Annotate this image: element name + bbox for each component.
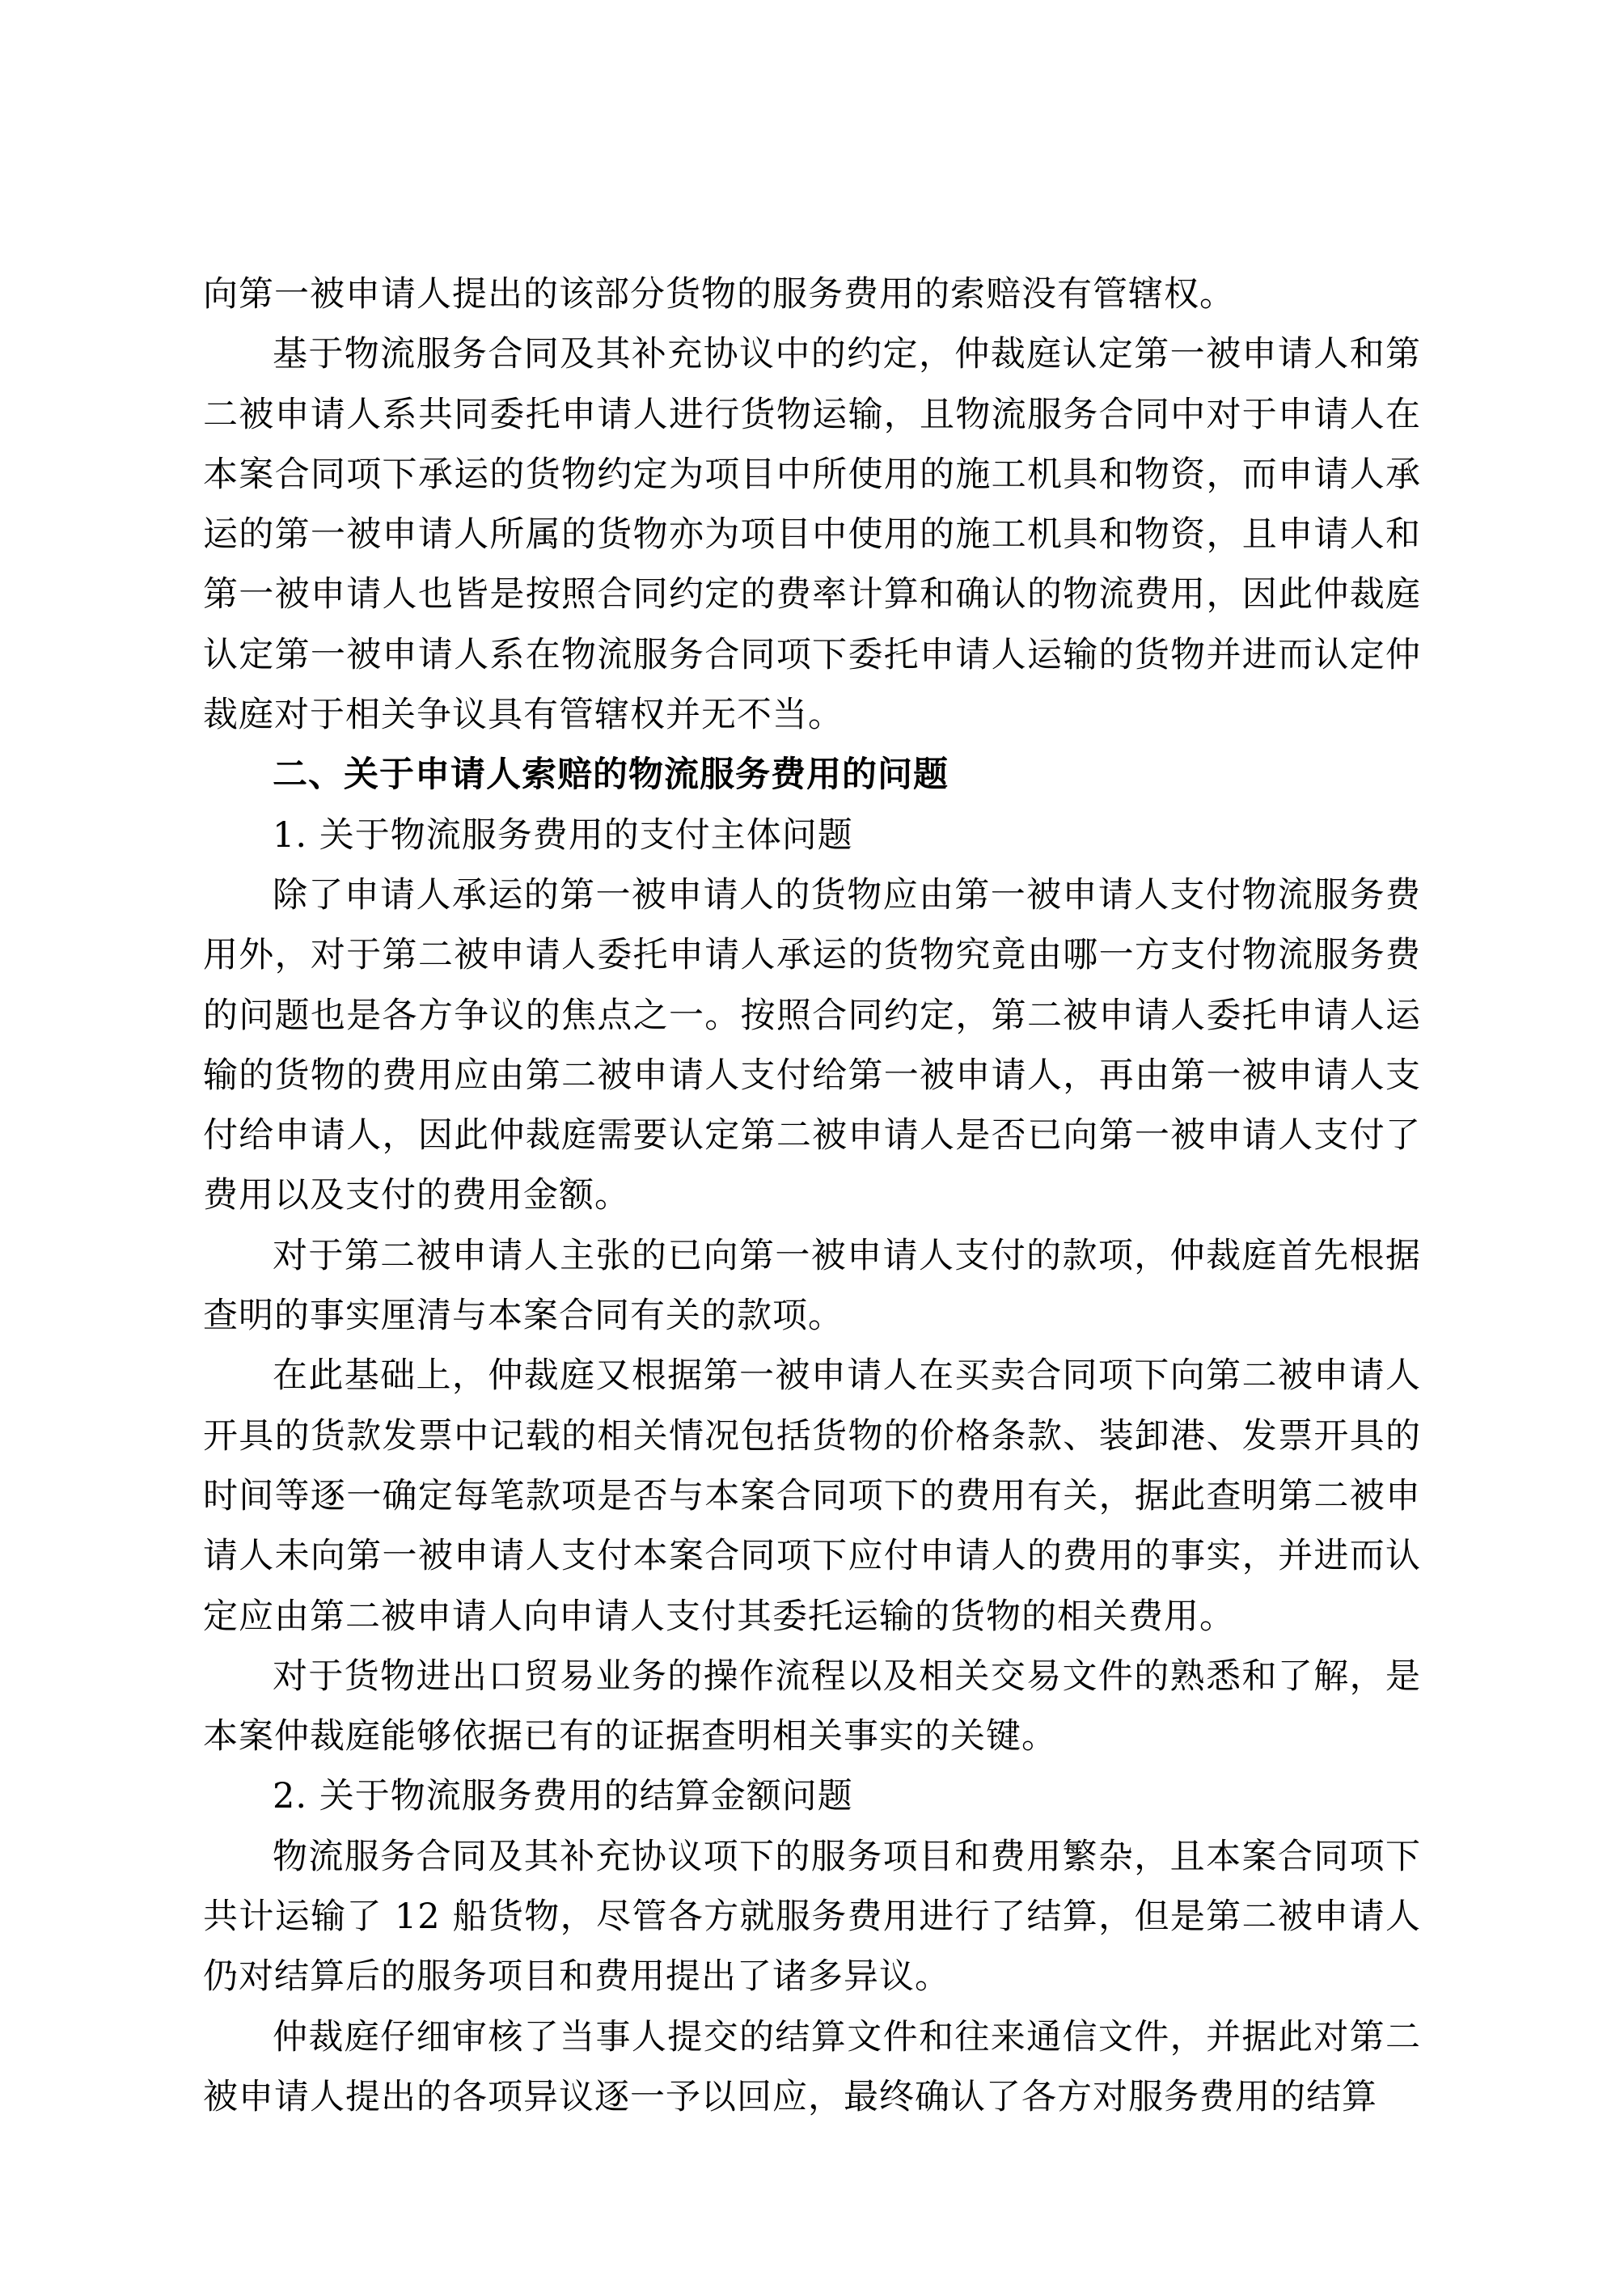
paragraph: 除了申请人承运的第一被申请人的货物应由第一被申请人支付物流服务费用外，对于第二被… (203, 865, 1421, 1226)
section-heading: 二、关于申请人索赔的物流服务费用的问题 (203, 745, 1421, 805)
paragraph: 基于物流服务合同及其补充协议中的约定，仲裁庭认定第一被申请人和第二被申请人系共同… (203, 324, 1421, 745)
paragraph: 物流服务合同及其补充协议项下的服务项目和费用繁杂，且本案合同项下共计运输了 12… (203, 1827, 1421, 2007)
subsection-heading: 1. 关于物流服务费用的支付主体问题 (203, 806, 1421, 865)
document-page: 向第一被申请人提出的该部分货物的服务费用的索赔没有管辖权。基于物流服务合同及其补… (0, 0, 1624, 2292)
paragraph: 对于第二被申请人主张的已向第一被申请人支付的款项，仲裁庭首先根据查明的事实厘清与… (203, 1226, 1421, 1347)
subsection-heading: 2. 关于物流服务费用的结算金额问题 (203, 1766, 1421, 1826)
paragraph: 仲裁庭仔细审核了当事人提交的结算文件和往来通信文件，并据此对第二被申请人提出的各… (203, 2007, 1421, 2128)
paragraph: 对于货物进出口贸易业务的操作流程以及相关交易文件的熟悉和了解，是本案仲裁庭能够依… (203, 1647, 1421, 1767)
document-content: 向第一被申请人提出的该部分货物的服务费用的索赔没有管辖权。基于物流服务合同及其补… (203, 264, 1421, 2127)
paragraph: 在此基础上，仲裁庭又根据第一被申请人在买卖合同项下向第二被申请人开具的货款发票中… (203, 1346, 1421, 1646)
paragraph-continuation: 向第一被申请人提出的该部分货物的服务费用的索赔没有管辖权。 (203, 264, 1421, 324)
